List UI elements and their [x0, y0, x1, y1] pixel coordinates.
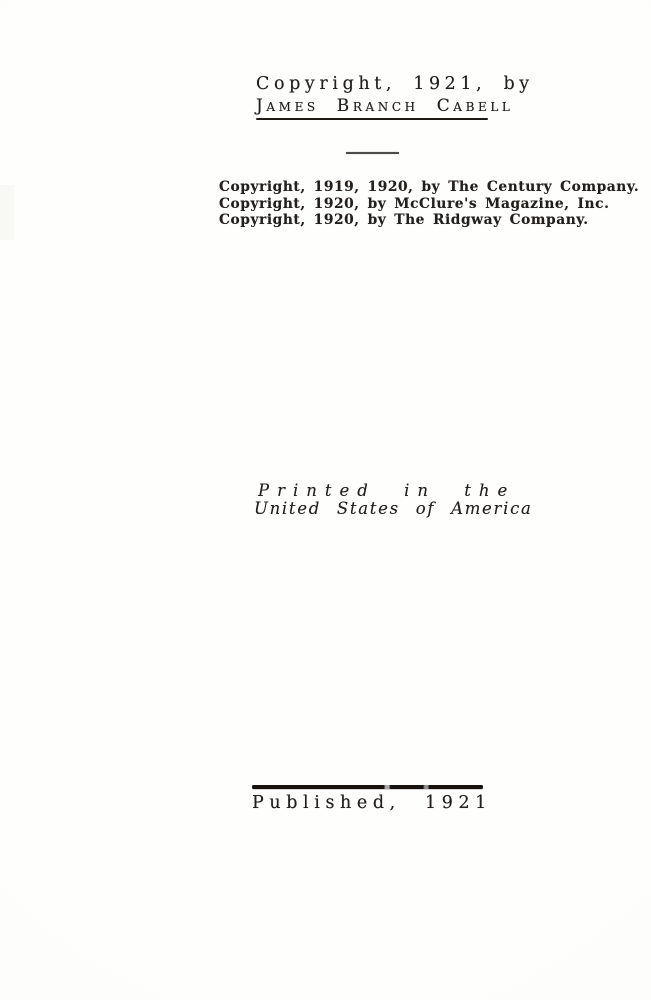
copyright-notices-block: Copyright, 1919, 1920, by The Century Co… [219, 179, 639, 229]
printed-country-line: United States of America [254, 499, 533, 518]
copyright-notice-line: Copyright, 1919, 1920, by The Century Co… [219, 179, 639, 196]
published-year-line: Published, 1921 [252, 793, 492, 813]
author-underline-rule [256, 118, 488, 120]
copyright-notice-line: Copyright, 1920, by The Ridgway Company. [219, 212, 639, 229]
copyright-notice-line: Copyright, 1920, by McClure's Magazine, … [219, 196, 639, 213]
published-rule-bar [252, 785, 483, 789]
printed-in-line: Printed in the [258, 481, 515, 500]
book-copyright-page: Copyright, 1921, by James Branch Cabell … [0, 0, 651, 1000]
scan-artifact [0, 185, 14, 240]
section-divider-dash [346, 152, 399, 154]
copyright-year-line: Copyright, 1921, by [256, 74, 534, 94]
author-name-line: James Branch Cabell [256, 96, 514, 116]
